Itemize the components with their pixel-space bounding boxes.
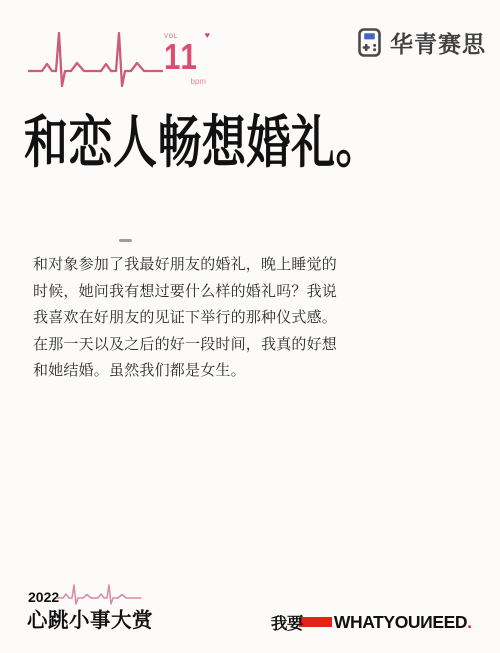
page-title: 和恋人畅想婚礼。 [24, 96, 380, 178]
heart-rate-unit: bpm [164, 77, 210, 86]
top-brand-name: 华青赛思 [390, 26, 486, 59]
publisher-red-bar [299, 617, 332, 627]
gameboy-icon [358, 28, 381, 57]
top-brand: 华青赛思 [358, 26, 486, 59]
publisher-name-cn: 我要 [271, 610, 303, 634]
publisher-name-en: WHATYOUИEED [334, 612, 467, 633]
heart-icon: ♥ [205, 31, 210, 40]
heart-rate-reading: VOL ♥ 11 bpm [164, 30, 210, 86]
ecg-line-icon [28, 28, 163, 92]
publisher-logo: 我要 WHATYOUИEED . [271, 610, 472, 634]
quote-dash [119, 239, 132, 242]
event-name: 心跳小事大赏 [27, 603, 153, 633]
publisher-period: . [467, 612, 472, 633]
poster: VOL ♥ 11 bpm 华青赛思 和恋人畅想婚礼。 和对象参加了我最好朋友的婚… [0, 0, 500, 653]
story-text: 和对象参加了我最好朋友的婚礼，晚上睡觉的 时候，她问我有想过要什么样的婚礼吗？我… [33, 252, 363, 385]
heart-rate-value: 11 [164, 40, 202, 74]
